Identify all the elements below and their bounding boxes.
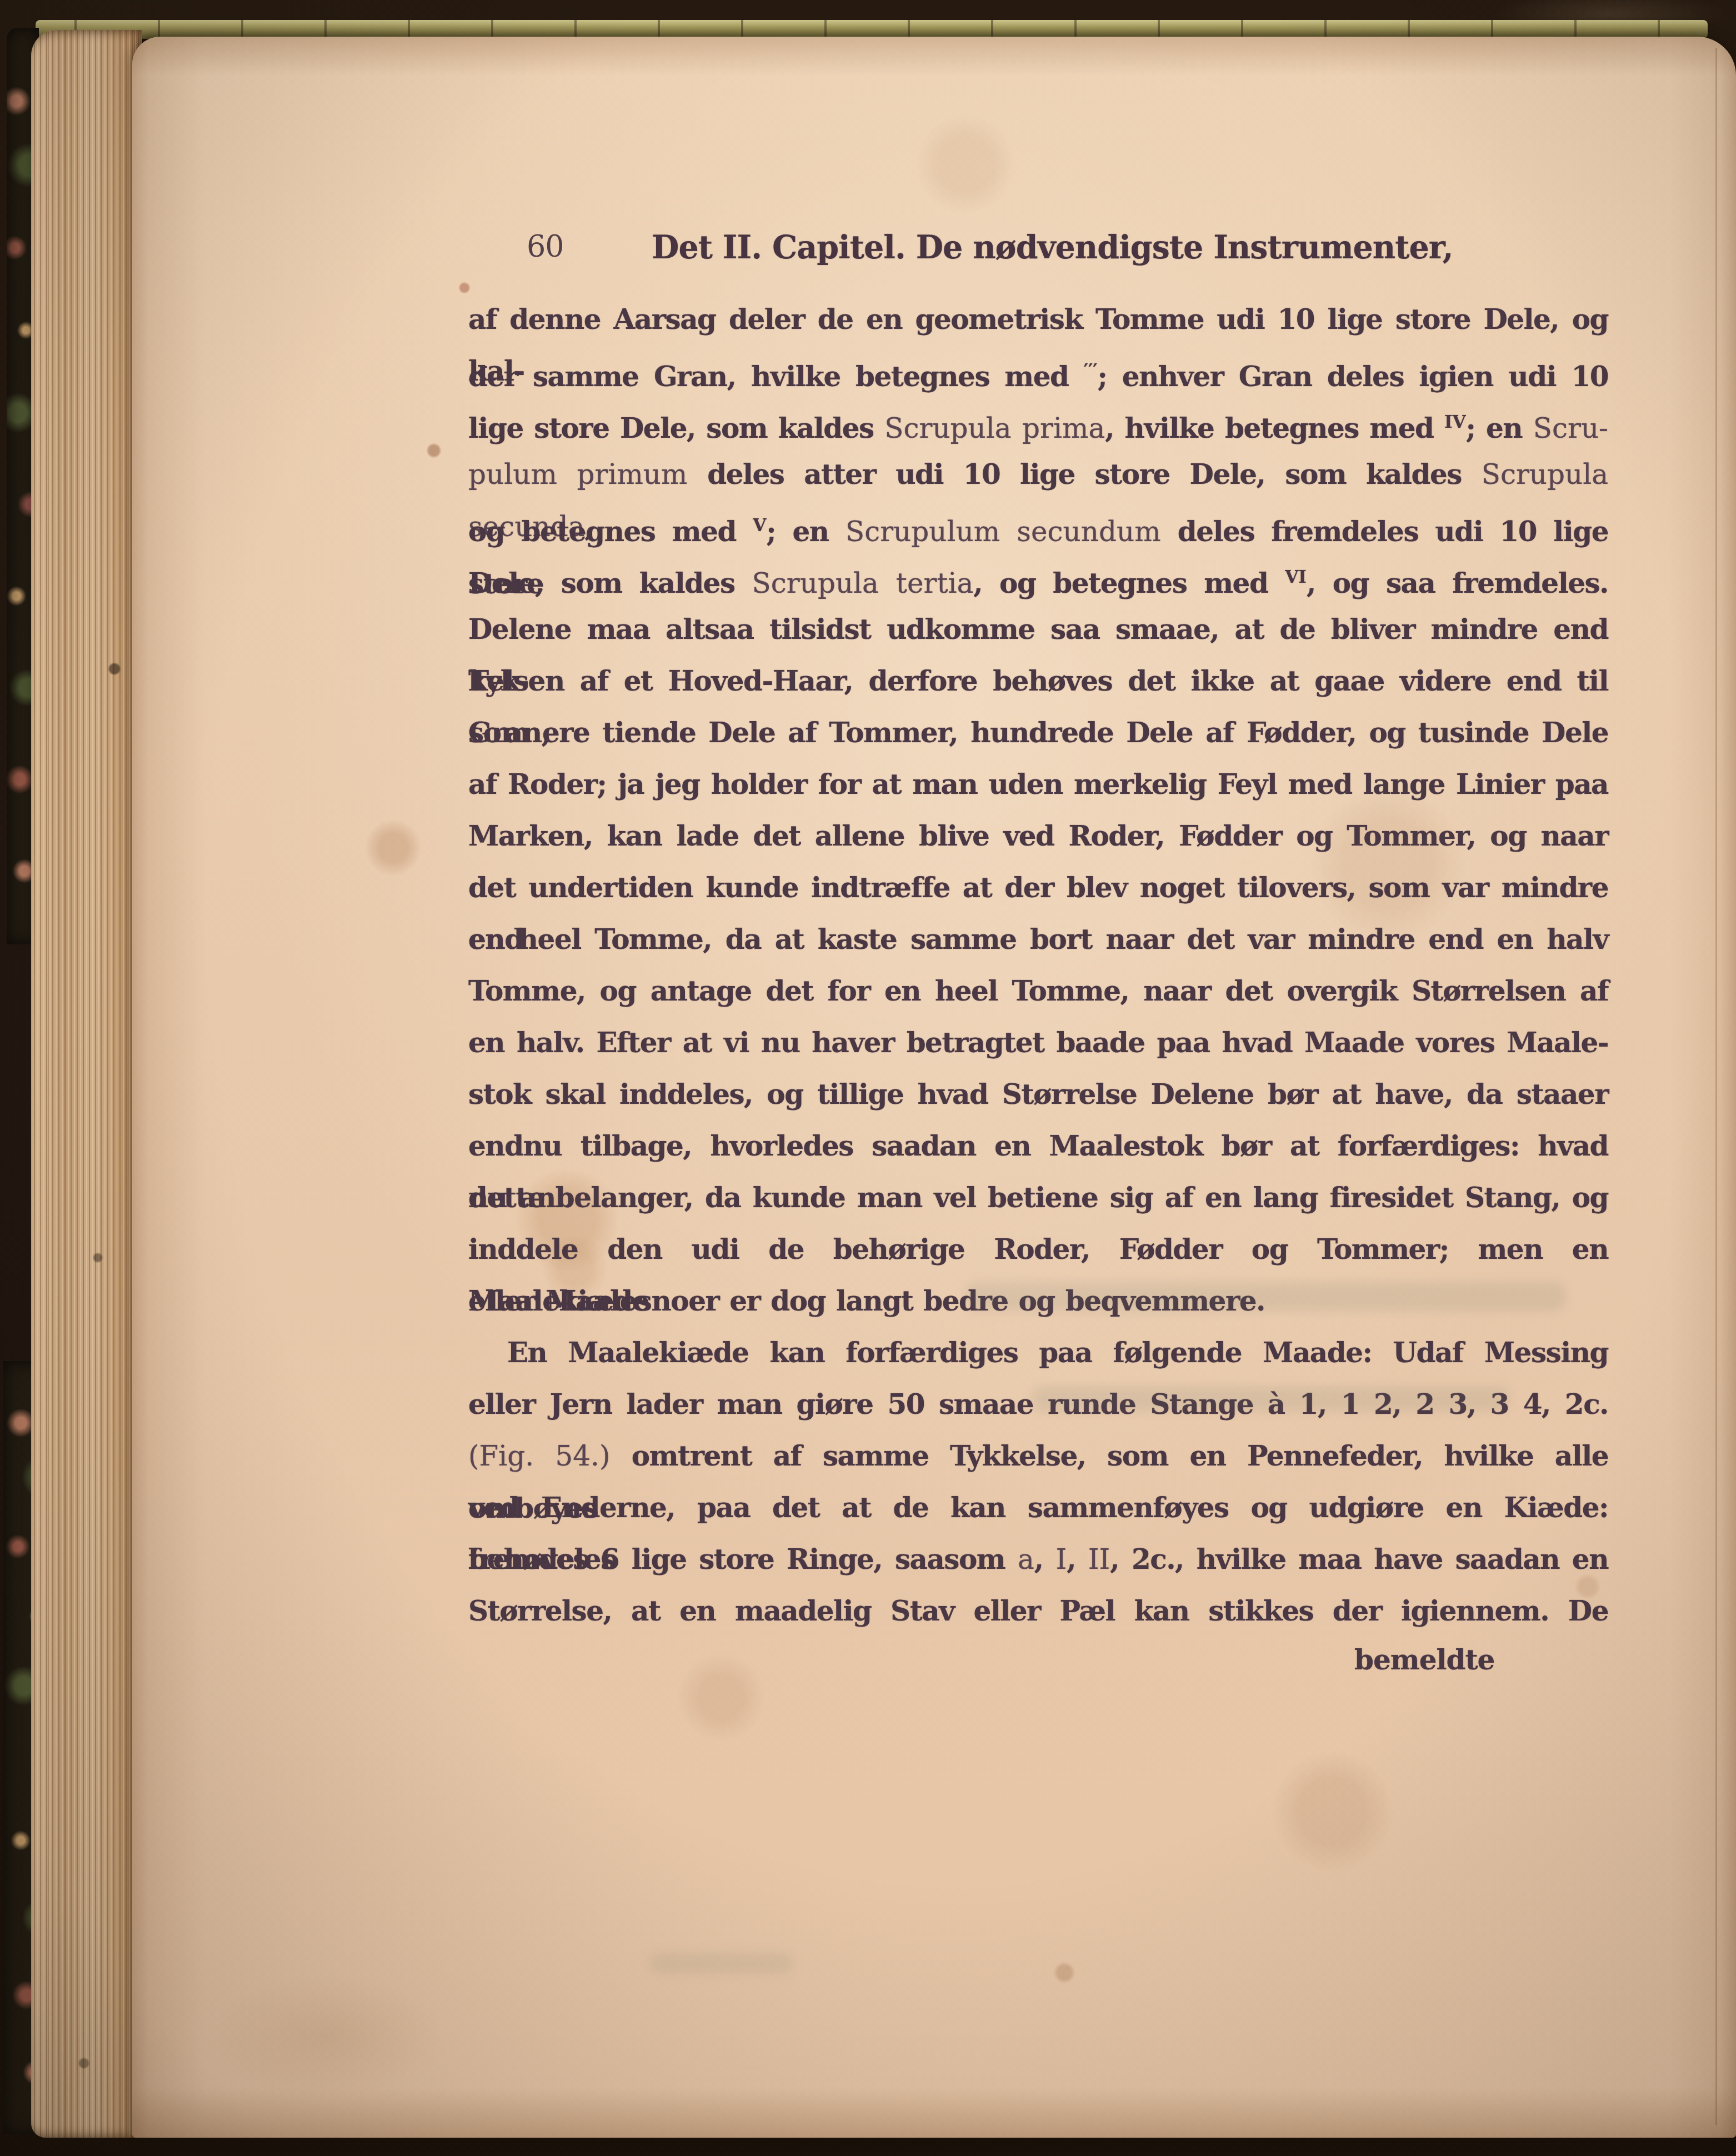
page-number: 60 bbox=[527, 229, 564, 264]
text-line: af denne Aarsag deler de en geometrisk T… bbox=[468, 293, 1608, 345]
text-line: En Maalekiæde kan forfærdiges paa følgen… bbox=[468, 1327, 1608, 1378]
verso-showthrough bbox=[965, 1282, 1565, 1311]
catchword: bemeldte bbox=[1354, 1643, 1494, 1676]
text-line: en halv. Efter at vi nu haver betragtet … bbox=[468, 1017, 1608, 1068]
book-photo: 60 Det II. Capitel. De nødvendigste Inst… bbox=[0, 0, 1736, 2156]
fore-edge-page-stack bbox=[31, 30, 142, 2138]
text-block: af denne Aarsag deler de en geometrisk T… bbox=[468, 293, 1608, 1637]
text-line: og betegnes med V; en Scrupulum secundum… bbox=[468, 500, 1608, 552]
text-line: inddele den udi de behørige Roder, Fødde… bbox=[468, 1223, 1608, 1275]
text-line: pulum primum deles atter udi 10 lige sto… bbox=[468, 448, 1608, 500]
text-line: (Fig. 54.) omtrent af samme Tykkelse, so… bbox=[468, 1430, 1608, 1482]
text-line: det undertiden kunde indtræffe at der bl… bbox=[468, 862, 1608, 913]
text-line: behøves 6 lige store Ringe, saasom a, I,… bbox=[468, 1533, 1608, 1585]
gutter-shadow bbox=[1715, 48, 1717, 2125]
book-head-edge-gilt bbox=[36, 20, 1708, 39]
text-line: Delene maa altsaa tilsidst udkomme saa s… bbox=[468, 603, 1608, 655]
text-line: af Roder; ja jeg holder for at man uden … bbox=[468, 758, 1608, 810]
running-header-title: Det II. Capitel. De nødvendigste Instrum… bbox=[652, 229, 1453, 266]
text-line: kelsen af et Hoved-Haar, derfore behøves… bbox=[468, 655, 1608, 707]
text-line: Størrelse, at en maadelig Stav eller Pæl… bbox=[468, 1585, 1608, 1637]
text-line: ved Enderne, paa det at de kan sammenføy… bbox=[468, 1482, 1608, 1533]
verso-showthrough bbox=[649, 1952, 793, 1974]
text-line: Dele, som kaldes Scrupula tertia, og bet… bbox=[468, 552, 1608, 603]
text-line: der samme Gran, hvilke betegnes med ′′′;… bbox=[468, 345, 1608, 397]
text-line: en heel Tomme, da at kaste samme bort na… bbox=[468, 913, 1608, 965]
text-line: Tomme, og antage det for en heel Tomme, … bbox=[468, 965, 1608, 1017]
text-line: som ere tiende Dele af Tommer, hundrede … bbox=[468, 707, 1608, 758]
text-line: lige store Dele, som kaldes Scrupula pri… bbox=[468, 397, 1608, 448]
text-line: nu anbelanger, da kunde man vel betiene … bbox=[468, 1172, 1608, 1223]
text-line: endnu tilbage, hvorledes saadan en Maale… bbox=[468, 1120, 1608, 1172]
text-line: Marken, kan lade det allene blive ved Ro… bbox=[468, 810, 1608, 862]
text-line: stok skal inddeles, og tillige hvad Stør… bbox=[468, 1068, 1608, 1120]
verso-showthrough bbox=[1032, 1387, 1510, 1411]
book-page: 60 Det II. Capitel. De nødvendigste Inst… bbox=[132, 37, 1736, 2138]
